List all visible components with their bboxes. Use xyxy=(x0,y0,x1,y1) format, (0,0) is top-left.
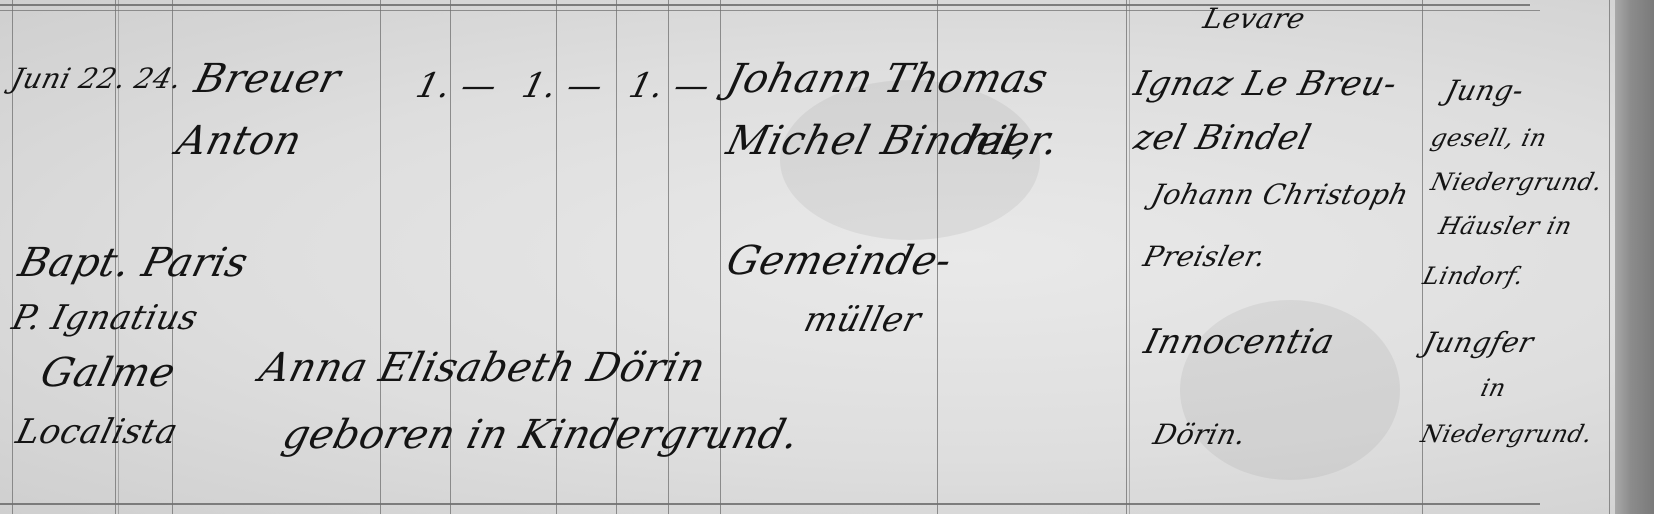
godparent-line-5: Innocentia xyxy=(1140,322,1339,362)
child-given-name: Anton xyxy=(172,118,307,164)
godparent-status-line-6: Jungfer xyxy=(1420,326,1537,359)
tally-mark: 1. — xyxy=(412,66,501,106)
father-occupation-line-1: Gemeinde- xyxy=(722,238,957,284)
godparent-line-4: Preisler. xyxy=(1140,240,1270,273)
bottom-rule xyxy=(0,503,1540,505)
top-rule-2 xyxy=(0,10,1540,11)
baptizer-line-1: Bapt. Paris xyxy=(14,240,253,286)
godparent-status-line-4: Häusler in xyxy=(1436,212,1575,240)
godparent-status-line-2: gesell, in xyxy=(1428,124,1550,152)
godparent-line-6: Dörin. xyxy=(1150,418,1250,451)
baptizer-line-4: Localista xyxy=(12,412,182,452)
father-status: hier. xyxy=(960,118,1064,164)
godparent-line-3: Johann Christoph xyxy=(1148,178,1412,211)
tally-mark: 1. — xyxy=(625,66,714,106)
entry-date: Juni 22. 24. xyxy=(8,62,185,95)
father-name-line-1: Johann Thomas xyxy=(722,56,1053,102)
godparent-status-line-5: Lindorf. xyxy=(1420,262,1527,290)
mother-origin: geboren in Kindergrund. xyxy=(278,412,804,458)
column-rule xyxy=(1126,0,1127,514)
father-occupation-line-2: müller xyxy=(800,300,925,340)
godparent-status-line-3: Niedergrund. xyxy=(1428,168,1606,196)
godparent-status-line-8: Niedergrund. xyxy=(1418,420,1596,448)
register-page: Levare Juni 22. 24. Breuer Anton 1. — 1.… xyxy=(0,0,1615,514)
godparent-line-1: Ignaz Le Breu- xyxy=(1130,64,1401,104)
column-heading: Levare xyxy=(1200,2,1309,35)
baptizer-line-3: Galme xyxy=(36,350,180,396)
column-rule xyxy=(1609,0,1610,514)
godparent-status-line-1: Jung- xyxy=(1442,74,1527,107)
godparent-status-line-7: in xyxy=(1478,374,1509,402)
baptizer-line-2: P. Ignatius xyxy=(8,298,202,338)
mother-name: Anna Elisabeth Dörin xyxy=(255,345,710,391)
tally-mark: 1. — xyxy=(518,66,607,106)
book-binding-edge xyxy=(1615,0,1654,514)
child-surname: Breuer xyxy=(190,56,345,102)
godparent-line-2: zel Bindel xyxy=(1130,118,1315,158)
